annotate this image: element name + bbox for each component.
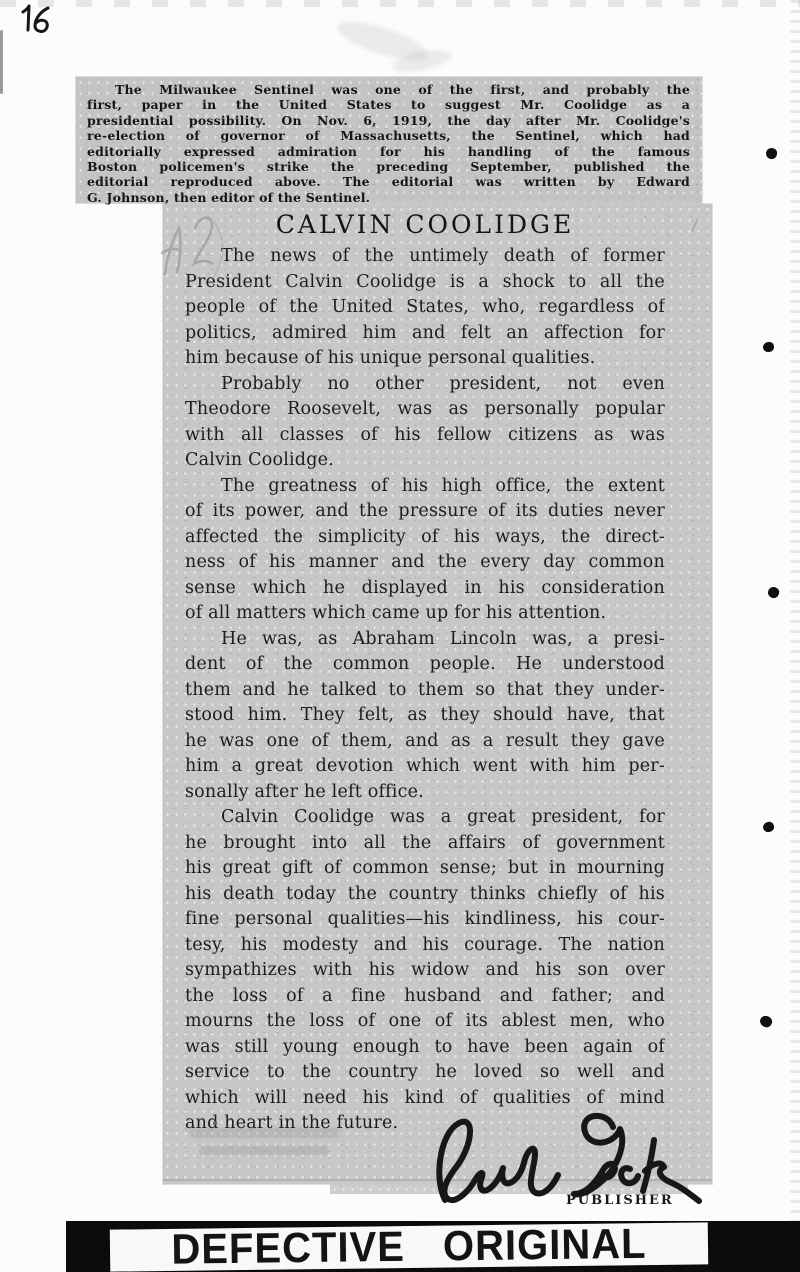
text-line: Calvin Coolidge. — [185, 448, 665, 474]
text-line: with all classes of his fellow citizens … — [185, 423, 665, 449]
text-line: which will need his kind of qualities of… — [185, 1086, 665, 1112]
text-line: Probably no other president, not even — [185, 372, 665, 398]
text-line: presidential possibility. On Nov. 6, 191… — [87, 113, 690, 128]
text-line: his death today the country thinks chief… — [185, 882, 665, 908]
text-line: The Milwaukee Sentinel was one of the fi… — [87, 82, 690, 97]
text-line: editorially expressed admiration for his… — [87, 144, 690, 159]
text-line: the loss of a fine husband and father; a… — [185, 984, 665, 1010]
text-line: sympathizes with his widow and his son o… — [185, 958, 665, 984]
text-line: mourns the loss of one of its ablest men… — [185, 1009, 665, 1035]
article-headline: CALVIN COOLIDGE — [185, 210, 665, 240]
article-paragraph: The greatness of his high office, the ex… — [185, 474, 665, 627]
scan-edge-artifact — [0, 30, 3, 94]
text-line: Boston policemen's strike the preceding … — [87, 159, 690, 174]
binder-dot — [766, 585, 780, 599]
binder-dot — [758, 1014, 774, 1030]
binder-dot — [762, 341, 774, 352]
text-line: The greatness of his high office, the ex… — [185, 474, 665, 500]
text-line: of its power, and the pressure of its du… — [185, 499, 665, 525]
text-line: him because of his unique personal quali… — [185, 346, 665, 372]
scan-edge-noise-top — [0, 0, 800, 7]
text-line: ness of his manner and the every day com… — [185, 550, 665, 576]
text-line: fine personal qualities—his kindliness, … — [185, 907, 665, 933]
scan-edge-noise-right — [790, 0, 800, 1272]
text-line: G. Johnson, then editor of the Sentinel. — [87, 190, 690, 205]
text-line: service to the country he loved so well … — [185, 1060, 665, 1086]
text-line: re-election of governor of Massachusetts… — [87, 128, 690, 143]
defective-original-stamp: DEFECTIVE ORIGINAL — [110, 1222, 708, 1271]
article-body: CALVIN COOLIDGE The news of the untimely… — [185, 210, 665, 1137]
article-paragraph: The news of the untimely death of former… — [185, 244, 665, 372]
text-line: Theodore Roosevelt, was as personally po… — [185, 397, 665, 423]
text-line: dent of the common people. He understood — [185, 652, 665, 678]
binder-dot — [762, 821, 775, 834]
article-paragraph: Probably no other president, not evenThe… — [185, 372, 665, 474]
text-line: first, paper in the United States to sug… — [87, 97, 690, 112]
pencil-annotation — [148, 206, 243, 296]
intro-note-clipping: The Milwaukee Sentinel was one of the fi… — [76, 77, 702, 203]
scanned-page: The Milwaukee Sentinel was one of the fi… — [0, 0, 800, 1272]
text-line: him a great devotion which went with him… — [185, 754, 665, 780]
text-line: Calvin Coolidge was a great president, f… — [185, 805, 665, 831]
text-line: affected the simplicity of his ways, the… — [185, 525, 665, 551]
text-line: politics, admired him and felt an affect… — [185, 321, 665, 347]
text-line: he brought into all the affairs of gover… — [185, 831, 665, 857]
handwritten-page-number — [14, 3, 58, 37]
publisher-label: PUBLISHER — [566, 1193, 674, 1208]
ghost-text-showthrough — [200, 1146, 328, 1155]
intro-note-text: The Milwaukee Sentinel was one of the fi… — [87, 82, 690, 205]
text-line: He was, as Abraham Lincoln was, a presi- — [185, 627, 665, 653]
ghost-text-showthrough — [190, 1128, 340, 1138]
text-line: The news of the untimely death of former — [185, 244, 665, 270]
text-line: tesy, his modesty and his courage. The n… — [185, 933, 665, 959]
stamp-text: DEFECTIVE ORIGINAL — [171, 1220, 647, 1272]
binder-dot — [765, 147, 778, 160]
ink-speck — [213, 1121, 217, 1125]
article-paragraph: Calvin Coolidge was a great president, f… — [185, 805, 665, 1137]
text-line: sense which he displayed in his consider… — [185, 576, 665, 602]
text-line: he was one of them, and as a result they… — [185, 729, 665, 755]
text-line: his great gift of common sense; but in m… — [185, 856, 665, 882]
text-line: editorial reproduced above. The editoria… — [87, 174, 690, 189]
text-line: President Calvin Coolidge is a shock to … — [185, 270, 665, 296]
text-line: stood him. They felt, as they should hav… — [185, 703, 665, 729]
article-paragraph: He was, as Abraham Lincoln was, a presi-… — [185, 627, 665, 806]
text-line: people of the United States, who, regard… — [185, 295, 665, 321]
text-line: sonally after he left office. — [185, 780, 665, 806]
article-clipping: CALVIN COOLIDGE The news of the untimely… — [163, 204, 712, 1184]
text-line: of all matters which came up for his att… — [185, 601, 665, 627]
stamp-bar: DEFECTIVE ORIGINAL — [66, 1221, 800, 1272]
text-line: was still young enough to have been agai… — [185, 1035, 665, 1061]
text-line: them and he talked to them so that they … — [185, 678, 665, 704]
